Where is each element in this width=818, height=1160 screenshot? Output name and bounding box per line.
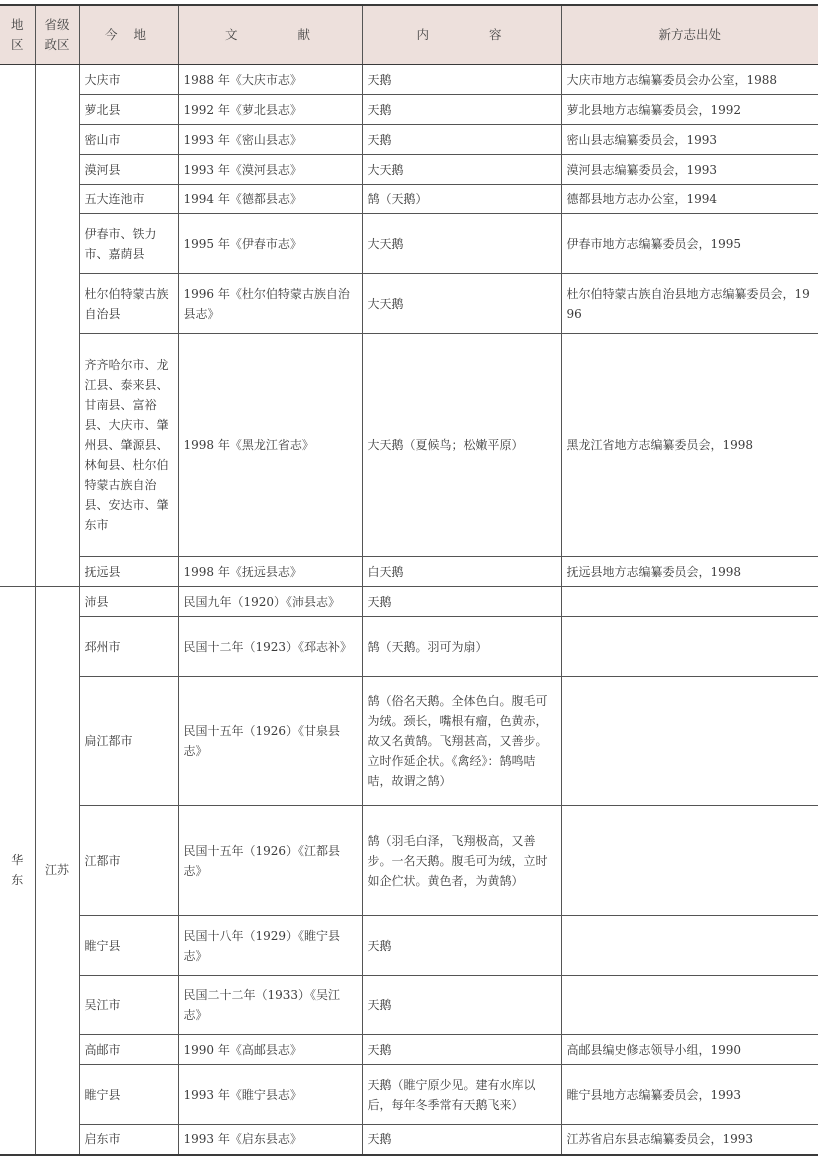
place-cell: 萝北县	[79, 95, 178, 125]
table-row: 启东市1993 年《启东县志》天鹅江苏省启东县志编纂委员会，1993	[0, 1125, 818, 1155]
content-cell: 天鹅	[362, 125, 561, 155]
source-cell: 萝北县地方志编纂委员会，1992	[561, 95, 818, 125]
place-cell: 大庆市	[79, 65, 178, 95]
literature-cell: 民国十五年（1926）《江都县志》	[178, 806, 362, 916]
content-cell: 天鹅	[362, 1035, 561, 1065]
literature-cell: 1992 年《萝北县志》	[178, 95, 362, 125]
literature-cell: 1993 年《密山县志》	[178, 125, 362, 155]
table-row: 吴江市民国二十二年（1933）《吴江志》天鹅	[0, 976, 818, 1035]
literature-cell: 1995 年《伊春市志》	[178, 214, 362, 274]
table-body: 大庆市1988 年《大庆市志》天鹅大庆市地方志编纂委员会办公室，1988萝北县1…	[0, 65, 818, 1155]
source-cell: 大庆市地方志编纂委员会办公室，1988	[561, 65, 818, 95]
table-row: 五大连池市1994 年《德都县志》鹄（天鹅）德都县地方志办公室，1994	[0, 185, 818, 214]
content-cell: 天鹅	[362, 65, 561, 95]
source-cell: 德都县地方志办公室，1994	[561, 185, 818, 214]
content-cell: 大天鹅	[362, 155, 561, 185]
place-cell: 启东市	[79, 1125, 178, 1155]
literature-cell: 1993 年《睢宁县志》	[178, 1065, 362, 1125]
gazetteer-table: 地 区 省级 政区 今 地 文 献 内 容 新方志出处 大庆市1988 年《大庆…	[0, 4, 818, 1156]
source-cell: 伊春市地方志编纂委员会，1995	[561, 214, 818, 274]
place-cell: 杜尔伯特蒙古族自治县	[79, 274, 178, 334]
source-cell	[561, 806, 818, 916]
content-cell: 大天鹅（夏候鸟；松嫩平原）	[362, 334, 561, 557]
table-row: 华东江苏沛县民国九年（1920）《沛县志》天鹅	[0, 587, 818, 617]
region-char: 东	[10, 871, 24, 889]
content-cell: 鹄（天鹅。羽可为扇）	[362, 617, 561, 677]
header-literature: 文 献	[178, 5, 362, 65]
table-header: 地 区 省级 政区 今 地 文 献 内 容 新方志出处	[0, 5, 818, 65]
place-cell: 伊春市、铁力市、嘉荫县	[79, 214, 178, 274]
header-province-line2: 政区	[44, 37, 69, 52]
table-row: 高邮市1990 年《高邮县志》天鹅高邮县编史修志领导小组，1990	[0, 1035, 818, 1065]
region-char: 华	[10, 851, 24, 869]
content-cell: 天鹅	[362, 1125, 561, 1155]
table-row: 齐齐哈尔市、龙江县、泰来县、甘南县、富裕县、大庆市、肇州县、肇源县、林甸县、杜尔…	[0, 334, 818, 557]
place-cell: 邳州市	[79, 617, 178, 677]
literature-cell: 1993 年《漠河县志》	[178, 155, 362, 185]
province-cell	[35, 65, 79, 587]
literature-cell: 民国二十二年（1933）《吴江志》	[178, 976, 362, 1035]
content-cell: 天鹅	[362, 587, 561, 617]
header-content: 内 容	[362, 5, 561, 65]
region-cell	[0, 65, 35, 587]
header-new-gazetteer-source: 新方志出处	[561, 5, 818, 65]
content-cell: 鹄（天鹅）	[362, 185, 561, 214]
table-row: 睢宁县1993 年《睢宁县志》天鹅（睢宁原少见。建有水库以后，每年冬季常有天鹅飞…	[0, 1065, 818, 1125]
content-cell: 白天鹅	[362, 557, 561, 587]
literature-cell: 1996 年《杜尔伯特蒙古族自治县志》	[178, 274, 362, 334]
province-cell: 江苏	[35, 587, 79, 1155]
header-province-line1: 省级	[44, 17, 69, 32]
source-cell: 漠河县志编纂委员会，1993	[561, 155, 818, 185]
literature-cell: 民国十二年（1923）《邳志补》	[178, 617, 362, 677]
source-cell	[561, 587, 818, 617]
place-cell: 扃江都市	[79, 677, 178, 806]
place-cell: 沛县	[79, 587, 178, 617]
content-cell: 大天鹅	[362, 274, 561, 334]
table-row: 睢宁县民国十八年（1929）《睢宁县志》天鹅	[0, 916, 818, 976]
table-row: 江都市民国十五年（1926）《江都县志》鹄（羽毛白泽，飞翔极高，又善步。一名天鹅…	[0, 806, 818, 916]
source-cell	[561, 976, 818, 1035]
region-cell: 华东	[0, 587, 35, 1155]
table-row: 邳州市民国十二年（1923）《邳志补》鹄（天鹅。羽可为扇）	[0, 617, 818, 677]
header-province: 省级 政区	[35, 5, 79, 65]
source-cell: 抚远县地方志编纂委员会，1998	[561, 557, 818, 587]
content-cell: 天鹅（睢宁原少见。建有水库以后，每年冬季常有天鹅飞来）	[362, 1065, 561, 1125]
literature-cell: 1990 年《高邮县志》	[178, 1035, 362, 1065]
table-row: 密山市1993 年《密山县志》天鹅密山县志编纂委员会，1993	[0, 125, 818, 155]
source-cell: 杜尔伯特蒙古族自治县地方志编纂委员会，1996	[561, 274, 818, 334]
literature-cell: 民国十五年（1926）《甘泉县志》	[178, 677, 362, 806]
place-cell: 抚远县	[79, 557, 178, 587]
header-current-place: 今 地	[79, 5, 178, 65]
source-cell: 江苏省启东县志编纂委员会，1993	[561, 1125, 818, 1155]
content-cell: 天鹅	[362, 976, 561, 1035]
header-region-line1: 地	[10, 16, 24, 34]
table-row: 杜尔伯特蒙古族自治县1996 年《杜尔伯特蒙古族自治县志》大天鹅杜尔伯特蒙古族自…	[0, 274, 818, 334]
source-cell: 睢宁县地方志编纂委员会，1993	[561, 1065, 818, 1125]
place-cell: 密山市	[79, 125, 178, 155]
place-cell: 睢宁县	[79, 1065, 178, 1125]
header-region-line2: 区	[10, 36, 24, 54]
source-cell: 高邮县编史修志领导小组，1990	[561, 1035, 818, 1065]
table-row: 萝北县1992 年《萝北县志》天鹅萝北县地方志编纂委员会，1992	[0, 95, 818, 125]
literature-cell: 民国十八年（1929）《睢宁县志》	[178, 916, 362, 976]
content-cell: 鹄（俗名天鹅。全体色白。腹毛可为绒。颈长，嘴根有瘤，色黄赤，故又名黄鹄。飞翔甚高…	[362, 677, 561, 806]
content-cell: 鹄（羽毛白泽，飞翔极高，又善步。一名天鹅。腹毛可为绒，立时如企伫状。黄色者，为黄…	[362, 806, 561, 916]
literature-cell: 1988 年《大庆市志》	[178, 65, 362, 95]
place-cell: 齐齐哈尔市、龙江县、泰来县、甘南县、富裕县、大庆市、肇州县、肇源县、林甸县、杜尔…	[79, 334, 178, 557]
source-cell	[561, 617, 818, 677]
table-row: 扃江都市民国十五年（1926）《甘泉县志》鹄（俗名天鹅。全体色白。腹毛可为绒。颈…	[0, 677, 818, 806]
content-cell: 大天鹅	[362, 214, 561, 274]
content-cell: 天鹅	[362, 95, 561, 125]
literature-cell: 1998 年《黑龙江省志》	[178, 334, 362, 557]
table-row: 大庆市1988 年《大庆市志》天鹅大庆市地方志编纂委员会办公室，1988	[0, 65, 818, 95]
content-cell: 天鹅	[362, 916, 561, 976]
literature-cell: 民国九年（1920）《沛县志》	[178, 587, 362, 617]
source-cell: 黑龙江省地方志编纂委员会，1998	[561, 334, 818, 557]
table-row: 漠河县1993 年《漠河县志》大天鹅漠河县志编纂委员会，1993	[0, 155, 818, 185]
place-cell: 吴江市	[79, 976, 178, 1035]
place-cell: 漠河县	[79, 155, 178, 185]
literature-cell: 1994 年《德都县志》	[178, 185, 362, 214]
place-cell: 五大连池市	[79, 185, 178, 214]
source-cell: 密山县志编纂委员会，1993	[561, 125, 818, 155]
place-cell: 高邮市	[79, 1035, 178, 1065]
literature-cell: 1993 年《启东县志》	[178, 1125, 362, 1155]
literature-cell: 1998 年《抚远县志》	[178, 557, 362, 587]
table-row: 抚远县1998 年《抚远县志》白天鹅抚远县地方志编纂委员会，1998	[0, 557, 818, 587]
table-row: 伊春市、铁力市、嘉荫县1995 年《伊春市志》大天鹅伊春市地方志编纂委员会，19…	[0, 214, 818, 274]
header-region: 地 区	[0, 5, 35, 65]
place-cell: 江都市	[79, 806, 178, 916]
source-cell	[561, 916, 818, 976]
place-cell: 睢宁县	[79, 916, 178, 976]
source-cell	[561, 677, 818, 806]
